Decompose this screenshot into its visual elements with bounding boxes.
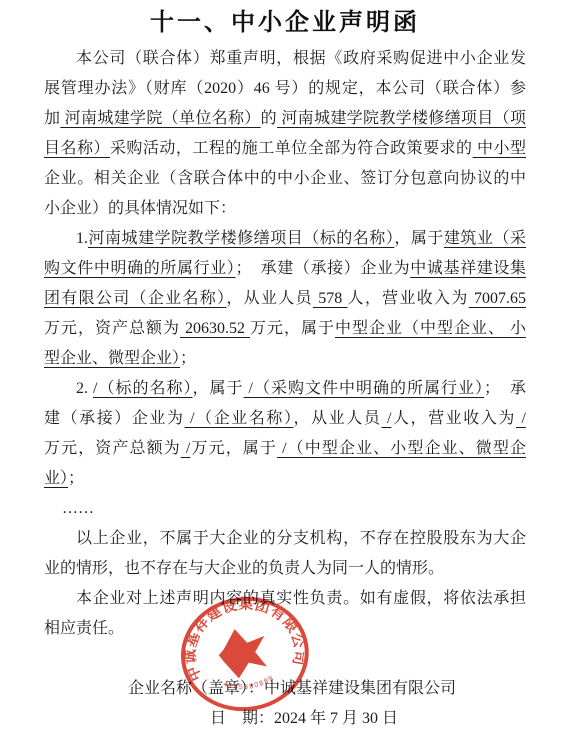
doc-line-13: 建（承接）企业为 /（企业名称），从业人员 /人，营业收入为 / — [44, 404, 526, 434]
text-segment: ，从业人员 — [226, 290, 313, 307]
doc-line-14: 万元，资产总额为 /万元，属于 /（中型企业、小型企业、微型企 — [44, 434, 526, 464]
filled-blank: 中小型 — [473, 140, 526, 157]
doc-line-9: 团有限公司（企业名称），从业人员 578 人，营业收入为 7007.65 — [44, 284, 526, 314]
text-segment: ，从业人员 — [294, 410, 382, 427]
text-segment: 本企业对上述声明内容的真实性负责。如有虚假，将依法承担 — [76, 590, 526, 607]
filled-blank: /（标的名称） — [93, 380, 192, 397]
text-segment: ，属于 — [394, 230, 444, 247]
text-segment: 万元，资产总额为 — [44, 440, 181, 457]
filled-blank: 河南城建学院教学楼修缮项目（标的名称） — [88, 230, 394, 247]
filled-blank: /（中型企业、小型企业、微型企 — [277, 440, 526, 457]
text-segment: 的 — [261, 110, 277, 127]
doc-line-2: 展管理办法》（财库（2020）46 号）的规定，本公司（联合体）参 — [44, 74, 526, 104]
doc-line-5: 企业。相关企业（含联合体中的中小企业、签订分包意向协议的中 — [44, 164, 526, 194]
filled-blank: 中诚基祥建设集 — [410, 260, 526, 277]
doc-line-16: …… — [44, 494, 526, 524]
filled-blank: 中型企业（中型企业、 小 — [335, 320, 526, 337]
doc-line-19: 本企业对上述声明内容的真实性负责。如有虚假，将依法承担 — [44, 584, 526, 614]
doc-line-4: 目名称）采购活动，工程的施工单位全部为符合政策要求的 中小型 — [44, 134, 526, 164]
doc-line-7: 1.河南城建学院教学楼修缮项目（标的名称），属于建筑业（采 — [44, 224, 526, 254]
text-segment: 本公司（联合体）郑重声明，根据《政府采购促进中小企业发 — [76, 50, 526, 67]
text-segment: 小企业）的具体情况如下： — [44, 200, 236, 217]
doc-line-1: 本公司（联合体）郑重声明，根据《政府采购促进中小企业发 — [44, 44, 526, 74]
signature-company-line: 企业名称（盖章）：中诚基祥建设集团有限公司 — [44, 674, 526, 704]
text-segment: 万元，属于 — [190, 440, 277, 457]
filled-blank: / — [516, 410, 526, 427]
text-segment: 企业名称（盖章）：中诚基祥建设集团有限公司 — [128, 680, 456, 697]
doc-line-11: 型企业、微型企业）； — [44, 344, 526, 374]
text-segment: 加 — [44, 110, 60, 127]
filled-blank: 团有限公司（企业名称） — [44, 290, 226, 307]
text-segment: 展管理办法》（财库（2020）46 号）的规定，本公司（联合体）参 — [44, 80, 526, 97]
doc-line-18: 业的情形，也不存在与大企业的负责人为同一人的情形。 — [44, 554, 526, 584]
text-segment: 以上企业，不属于大企业的分支机构，不存在控股股东为大企 — [76, 530, 526, 547]
text-segment: 1. — [76, 230, 88, 247]
doc-line-15: 业）； — [44, 464, 526, 494]
doc-line-20: 相应责任。 — [44, 614, 526, 644]
text-segment: ； — [180, 350, 196, 367]
page-title: 十一、中小企业声明函 — [0, 0, 570, 40]
text-segment: 采购活动，工程的施工单位全部为符合政策要求的 — [110, 140, 473, 157]
text-segment: ，属于 — [192, 380, 243, 397]
filled-blank: 购文件中明确的所属行业） — [44, 260, 235, 277]
filled-blank: 业） — [44, 470, 68, 487]
filled-blank: 型企业、微型企业） — [44, 350, 180, 367]
filled-blank: 7007.65 — [469, 290, 526, 307]
text-segment: 相应责任。 — [44, 620, 124, 637]
filled-blank: / — [381, 410, 391, 427]
doc-line-17: 以上企业，不属于大企业的分支机构，不存在控股股东为大企 — [44, 524, 526, 554]
filled-blank: /（采购文件中明确的所属行业） — [244, 380, 484, 397]
text-segment: …… — [62, 500, 94, 517]
filled-blank: / — [181, 440, 191, 457]
filled-blank: 20630.52 — [180, 320, 250, 337]
text-segment: ； — [68, 470, 84, 487]
doc-line-10: 万元，资产总额为 20630.52 万元，属于中型企业（中型企业、 小 — [44, 314, 526, 344]
filled-blank: /（企业名称） — [185, 410, 294, 427]
text-segment: ； 承建（承接）企业为 — [235, 260, 410, 277]
text-segment: 企业。相关企业（含联合体中的中小企业、签订分包意向协议的中 — [44, 170, 526, 187]
document-body: 本公司（联合体）郑重声明，根据《政府采购促进中小企业发展管理办法》（财库（202… — [44, 44, 526, 734]
text-segment: 业的情形，也不存在与大企业的负责人为同一人的情形。 — [44, 560, 444, 577]
text-segment: 人，营业收入为 — [391, 410, 516, 427]
filled-blank: 河南城建学院教学楼修缮项目（项 — [277, 110, 526, 127]
doc-line-6: 小企业）的具体情况如下： — [44, 194, 526, 224]
text-segment: 建（承接）企业为 — [44, 410, 185, 427]
text-segment: ； 承 — [484, 380, 526, 397]
filled-blank: 578 — [313, 290, 348, 307]
text-segment: 万元，资产总额为 — [44, 320, 180, 337]
text-segment: 2. — [76, 380, 93, 397]
text-segment: 日 期：2024 年 7 月 30 日 — [210, 710, 398, 727]
doc-line-8: 购文件中明确的所属行业）； 承建（承接）企业为中诚基祥建设集 — [44, 254, 526, 284]
doc-line-12: 2. /（标的名称），属于 /（采购文件中明确的所属行业）； 承 — [44, 374, 526, 404]
declaration-document-page: 十一、中小企业声明函 本公司（联合体）郑重声明，根据《政府采购促进中小企业发展管… — [0, 0, 570, 752]
doc-line-3: 加 河南城建学院（单位名称）的 河南城建学院教学楼修缮项目（项 — [44, 104, 526, 134]
text-segment: 人，营业收入为 — [348, 290, 469, 307]
filled-blank: 河南城建学院（单位名称） — [60, 110, 260, 127]
filled-blank: 目名称） — [44, 140, 110, 157]
filled-blank: 建筑业（采 — [444, 230, 526, 247]
text-segment: 万元，属于 — [250, 320, 335, 337]
signature-date-line: 日 期：2024 年 7 月 30 日 — [44, 704, 526, 734]
